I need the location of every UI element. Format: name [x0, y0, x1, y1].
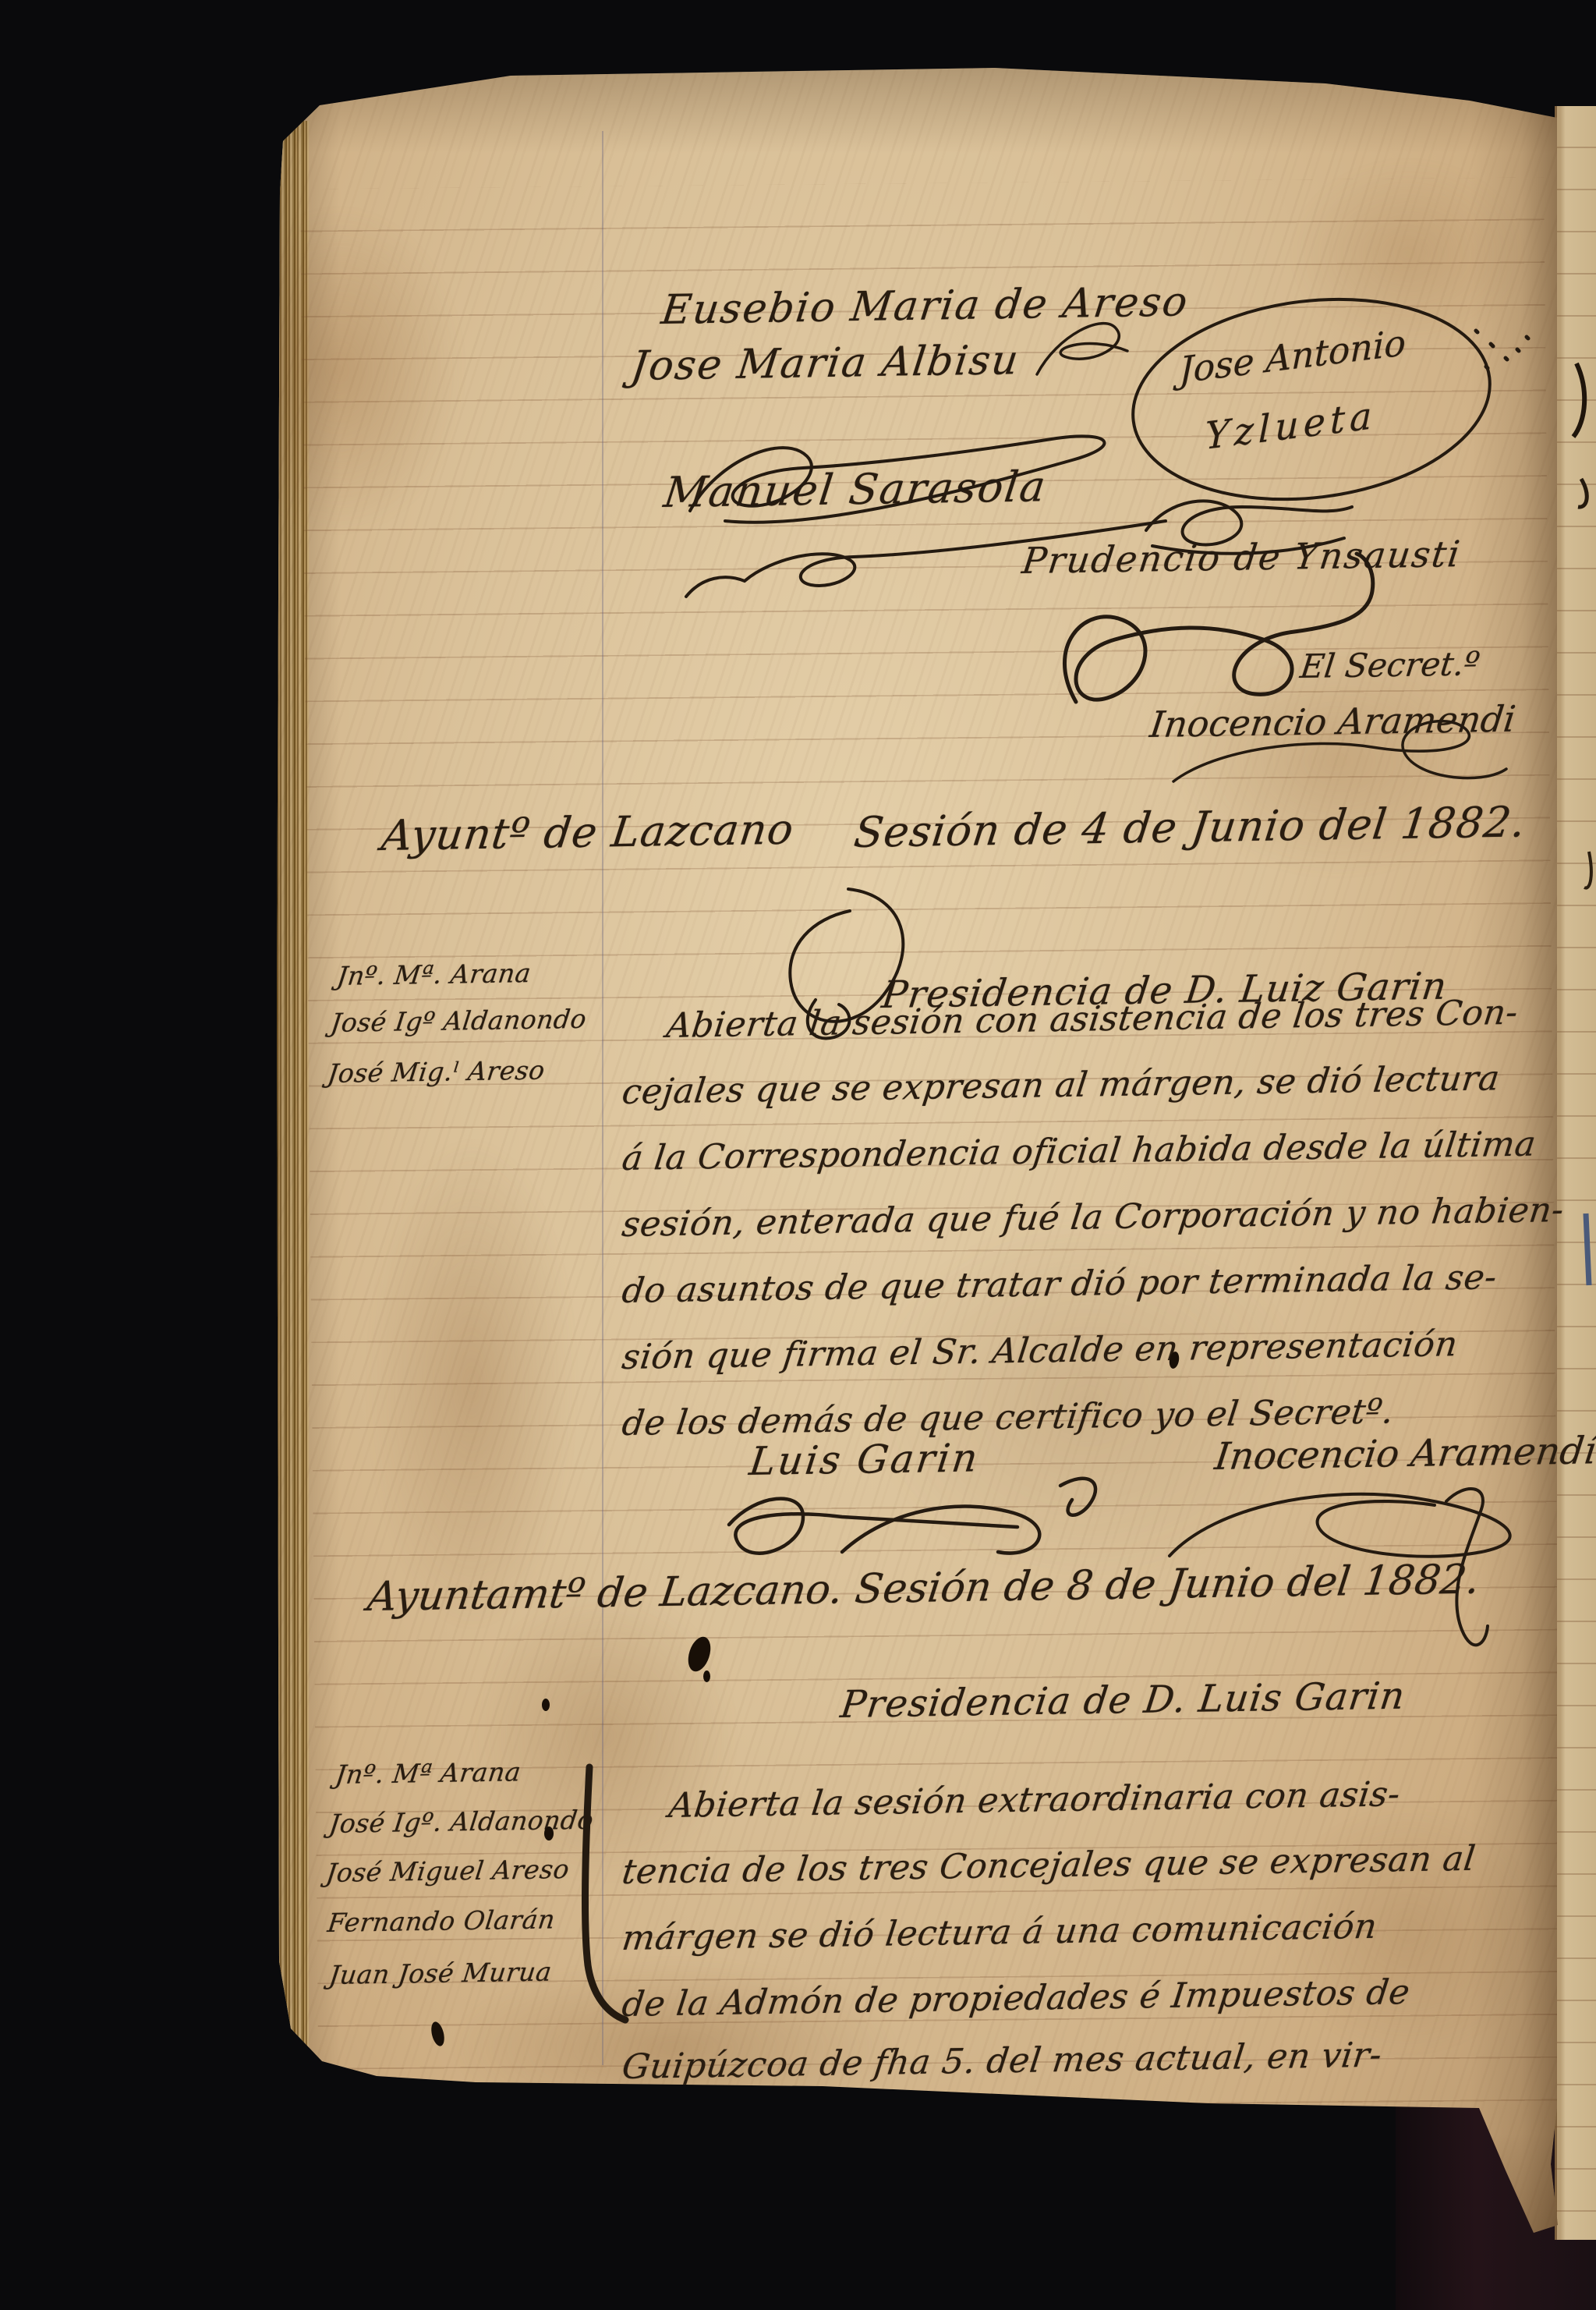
signature-inocencio-aramendi-top: Inocencio Aramendi	[1148, 698, 1518, 746]
session2-subheading: Presidencia de D. Luis Garin	[838, 1674, 1408, 1727]
session2-margin-name: José Miguel Areso	[324, 1854, 572, 1888]
neighbor-ink-fragment	[1584, 852, 1591, 888]
signature-prudencio-ynsausti: Prudencio de Ynsausti	[1020, 533, 1463, 582]
signature-luis-garin: Luis Garin	[747, 1435, 982, 1484]
ink-blot	[544, 1826, 554, 1841]
session1-margin-name: Jnº. Mª. Arana	[335, 958, 533, 991]
session2-margin-name: Fernando Olarán	[326, 1904, 557, 1938]
neighbor-ink-fragment	[1578, 479, 1587, 507]
session2-margin-name: José Igº. Aldanondo	[327, 1805, 596, 1839]
neighbor-ink-fragment	[1573, 363, 1584, 437]
secretary-title: El Secret.º	[1298, 644, 1482, 686]
ink-blot	[542, 1699, 550, 1711]
session2-margin-name: Jnº. Mª Arana	[334, 1756, 522, 1790]
manuscript-photo: Eusebio Maria de Areso Jose Maria Albisu…	[0, 0, 1596, 2310]
margin-rule-line	[602, 131, 603, 2065]
neighbor-blue-mark	[1586, 1213, 1589, 1285]
session1-heading-place: Ayuntº de Lazcano	[379, 805, 797, 860]
signature-inocencio-aramendi: Inocencio Aramendí	[1212, 1429, 1596, 1479]
signature-manuel-sarasola: Manuel Sarasola	[661, 462, 1049, 517]
signature-jose-maria-albisu: Jose Maria Albisu	[628, 337, 1022, 390]
session1-margin-name: José Mig.ˡ Areso	[326, 1055, 547, 1089]
signature-eusebio-areso: Eusebio Maria de Areso	[659, 278, 1191, 334]
ink-blot	[703, 1670, 710, 1682]
session2-margin-name: Juan José Murua	[327, 1956, 554, 1990]
session1-margin-name: José Igº Aldanondo	[329, 1004, 589, 1038]
adjacent-page-edge	[1555, 106, 1596, 2240]
